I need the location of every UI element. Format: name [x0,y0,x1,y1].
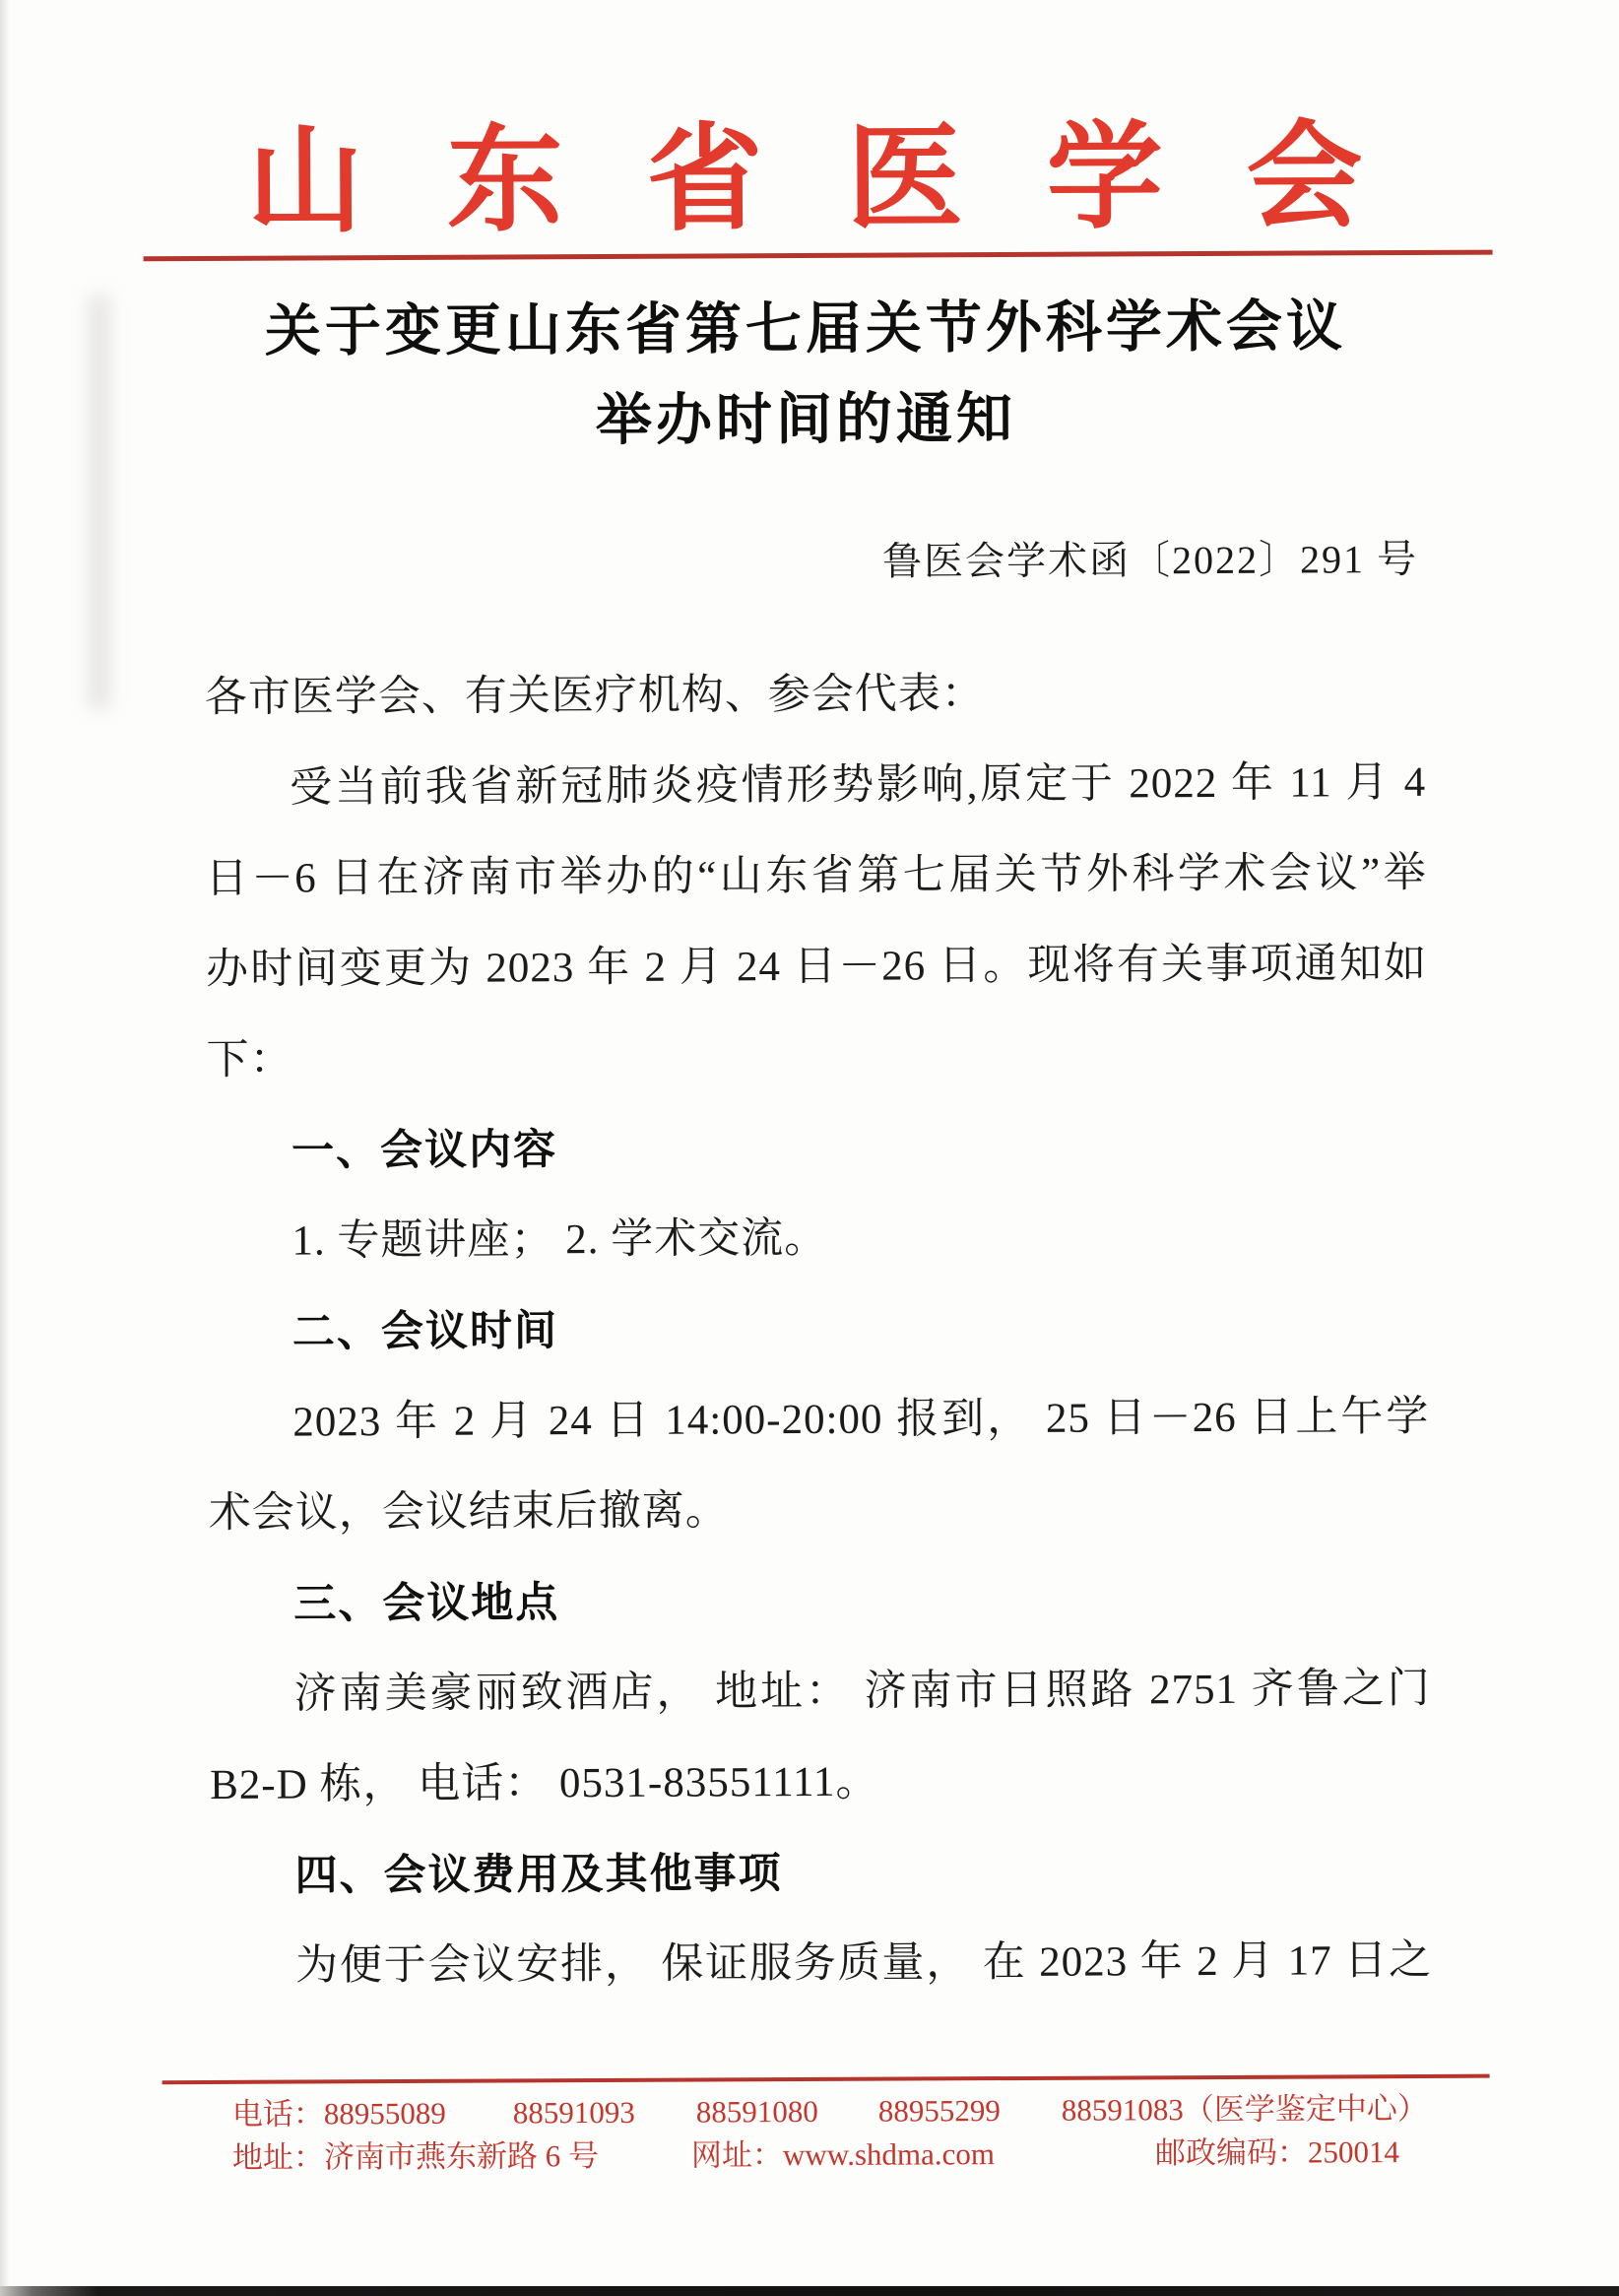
notice-title-line2: 举办时间的通知 [0,382,1616,459]
section-heading: 三、会议地点 [209,1553,1430,1650]
body-line: 为便于会议安排， 保证服务质量， 在 2023 年 2 月 17 日之 [211,1916,1432,2012]
footer-rule [162,2074,1490,2085]
footer-segment: 邮政编码：250014 [1155,2132,1399,2173]
footer-segment: 88591093 [513,2093,635,2133]
footer-contact-row-2: 地址：济南市燕东新路 6 号网址：www.shdma.com邮政编码：25001… [5,2132,1619,2181]
body-line: 日－6 日在济南市举办的“山东省第七届关节外科学术会议”举 [205,828,1426,925]
document-body: 各市医学会、有关医疗机构、参会代表：受当前我省新冠肺炎疫情形势影响,原定于 20… [205,647,1433,2012]
footer-contact-row-1: 电话：8895508988591093885910808895529988591… [5,2088,1619,2137]
footer-segment: 88955299 [878,2091,1001,2132]
footer-segment: 网址：www.shdma.com [691,2134,995,2176]
footer-segment: 电话：88955089 [232,2094,446,2134]
footer-segment: 88591080 [696,2092,818,2132]
section-heading: 一、会议内容 [207,1100,1428,1197]
notice-title-line1: 关于变更山东省第七届关节外科学术会议 [0,292,1615,368]
body-line: 1. 专题讲座； 2. 学术交流。 [207,1191,1428,1287]
body-line: 2023 年 2 月 24 日 14:00-20:00 报到， 25 日－26 … [208,1372,1429,1469]
body-line: 办时间变更为 2023 年 2 月 24 日－26 日。现将有关事项通知如 [206,919,1427,1016]
section-heading: 四、会议费用及其他事项 [210,1825,1431,1922]
footer-segment: 地址：济南市燕东新路 6 号 [232,2136,599,2178]
body-line: 各市医学会、有关医疗机构、参会代表： [205,647,1426,744]
letterhead-rule [144,250,1493,262]
section-heading: 二、会议时间 [208,1281,1429,1378]
paper-sheet: 山东省医学会 关于变更山东省第七届关节外科学术会议 举办时间的通知 鲁医会学术函… [0,0,1619,2296]
footer-segment: 88591083（医学鉴定中心） [1062,2089,1428,2131]
doc-number: 鲁医会学术函〔2022〕291 号 [882,535,1418,587]
body-line: 受当前我省新冠肺炎疫情形势影响,原定于 2022 年 11 月 4 [205,738,1426,834]
letterhead-org-name: 山东省医学会 [0,112,1615,248]
body-line: 术会议，会议结束后撤离。 [209,1463,1430,1559]
scanned-notice-page: 山东省医学会 关于变更山东省第七届关节外科学术会议 举办时间的通知 鲁医会学术函… [0,0,1619,2296]
body-line: 济南美豪丽致酒店， 地址： 济南市日照路 2751 齐鲁之门 [209,1644,1430,1740]
body-line: B2-D 栋， 电话： 0531-83551111。 [210,1735,1431,1831]
body-line: 下： [206,1010,1427,1106]
